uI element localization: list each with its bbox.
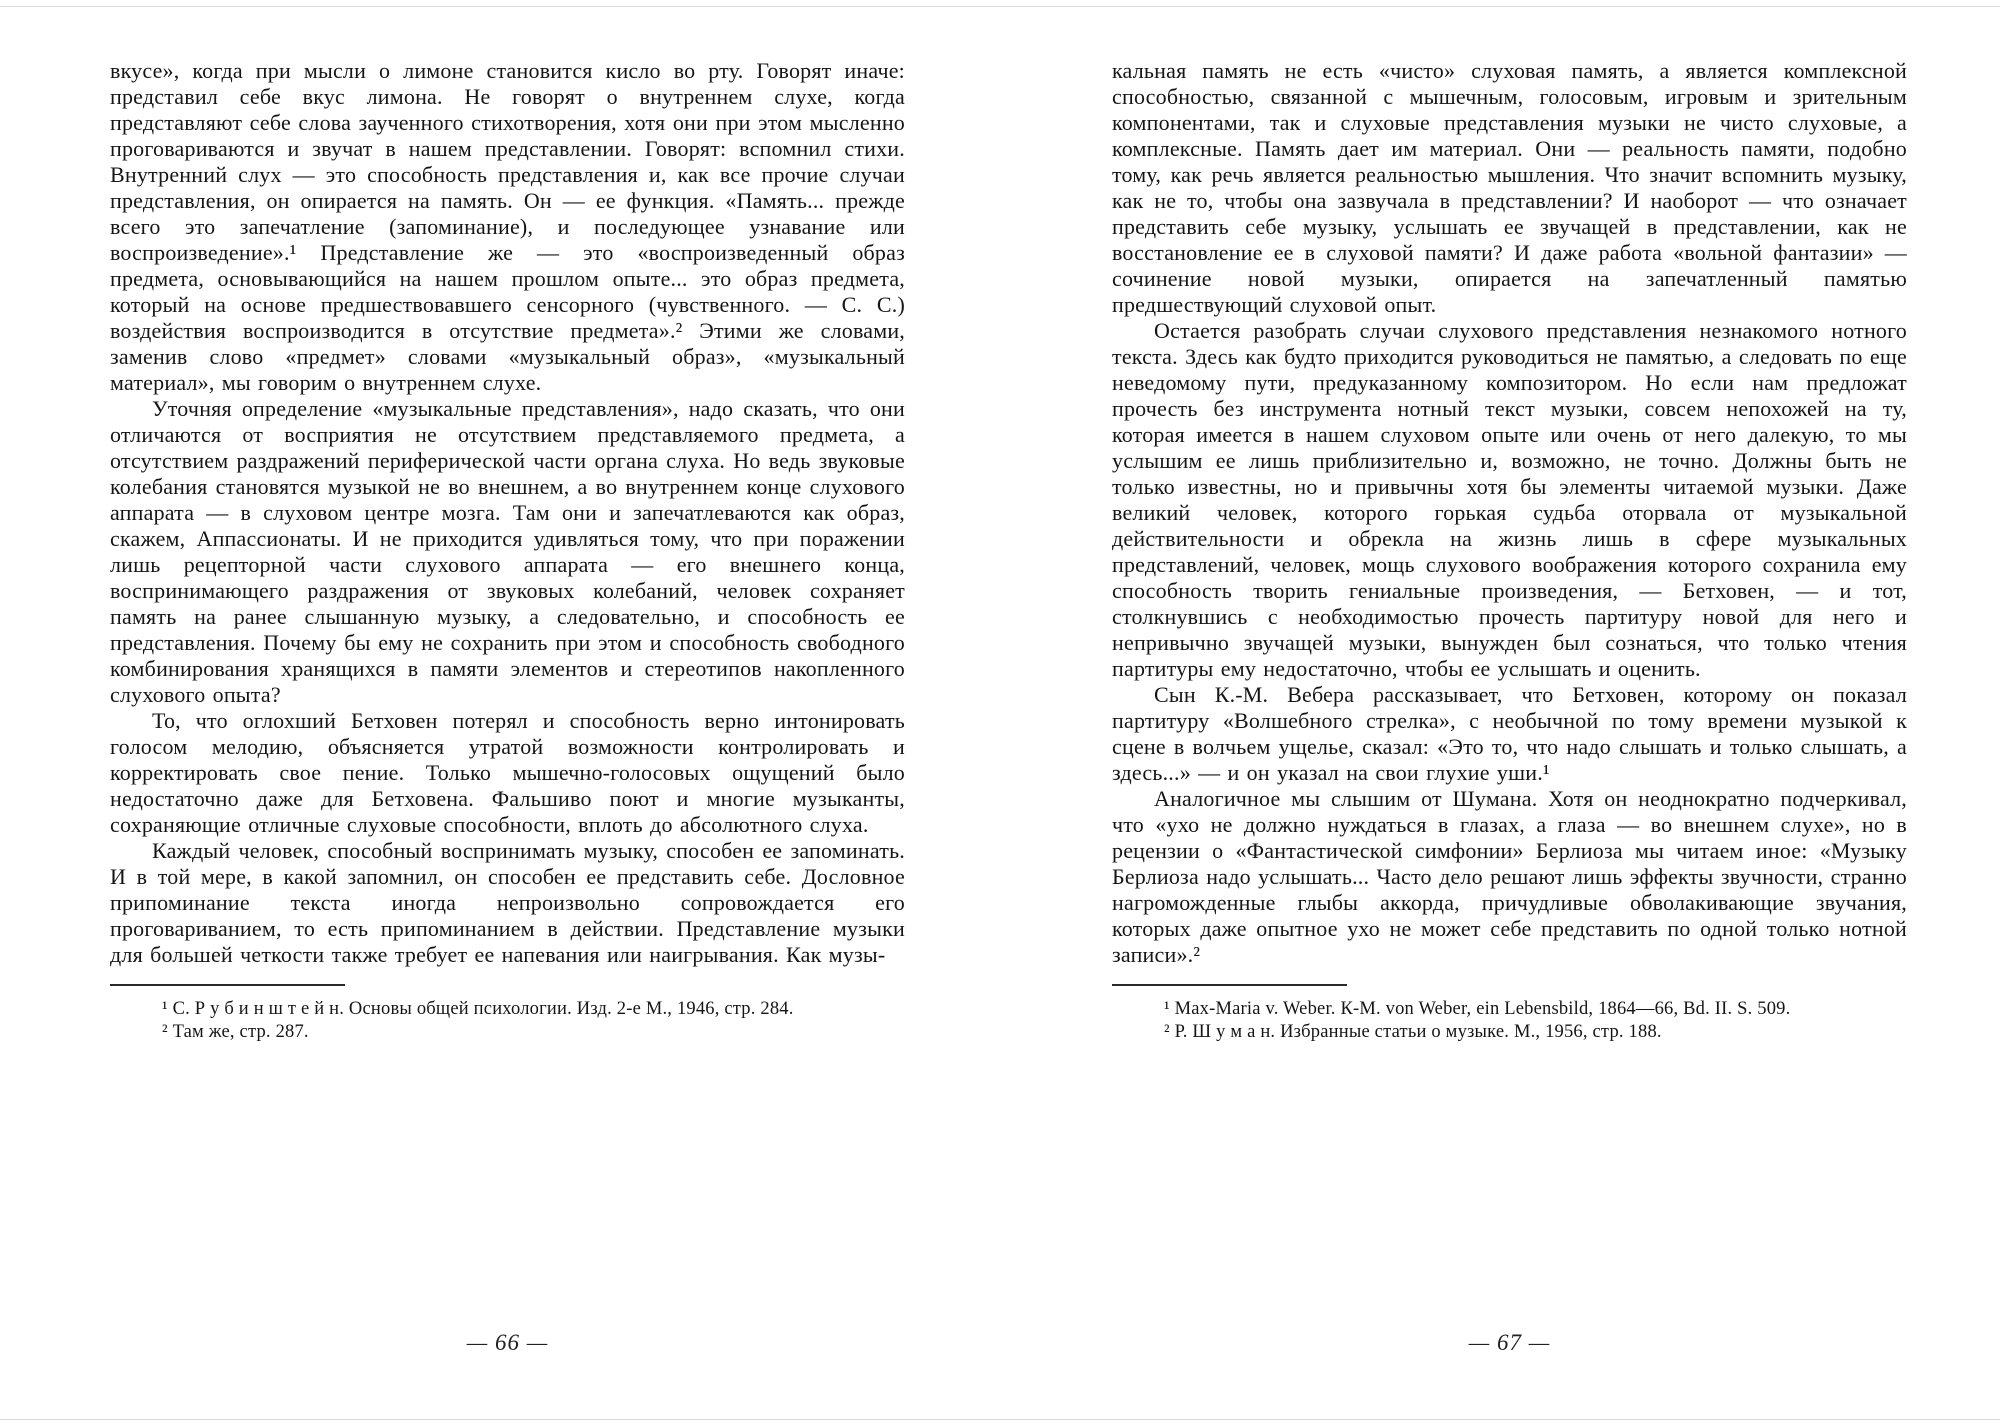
page-right-body-text: кальная память не есть «чисто» слуховая …	[1112, 58, 1907, 968]
book-page-left: вкусе», когда при мысли о лимоне станови…	[110, 58, 905, 1388]
paragraph: Уточняя определение «музыкальные предста…	[110, 396, 905, 708]
footnote: ² Р. Ш у м а н. Избранные статьи о музык…	[1112, 1021, 1907, 1044]
page-number: — 67 —	[1112, 1330, 1907, 1356]
scan-edge-top	[0, 6, 2000, 7]
paragraph: Остается разобрать случаи слухового пред…	[1112, 318, 1907, 682]
page-left-footnotes: ¹ С. Р у б и н ш т е й н. Основы общей п…	[110, 998, 905, 1044]
page-right-footnotes: ¹ Max-Maria v. Weber. К-М. von Weber, ei…	[1112, 998, 1907, 1044]
footnote-separator	[1112, 984, 1347, 986]
footnote-separator	[110, 984, 345, 986]
book-page-right: кальная память не есть «чисто» слуховая …	[1112, 58, 1907, 1388]
paragraph: То, что оглохший Бетховен потерял и спос…	[110, 708, 905, 838]
footnote: ² Там же, стр. 287.	[110, 1021, 905, 1044]
paragraph: Сын К.-М. Вебера рассказывает, что Бетхо…	[1112, 682, 1907, 786]
page-number: — 66 —	[110, 1330, 905, 1356]
paragraph: Аналогичное мы слышим от Шумана. Хотя он…	[1112, 786, 1907, 968]
paragraph: вкусе», когда при мысли о лимоне станови…	[110, 58, 905, 396]
scan-edge-bottom	[0, 1419, 2000, 1420]
paragraph: Каждый человек, способный воспринимать м…	[110, 838, 905, 968]
footnote: ¹ С. Р у б и н ш т е й н. Основы общей п…	[110, 998, 905, 1021]
footnote: ¹ Max-Maria v. Weber. К-М. von Weber, ei…	[1112, 998, 1907, 1021]
paragraph: кальная память не есть «чисто» слуховая …	[1112, 58, 1907, 318]
page-left-body-text: вкусе», когда при мысли о лимоне станови…	[110, 58, 905, 968]
